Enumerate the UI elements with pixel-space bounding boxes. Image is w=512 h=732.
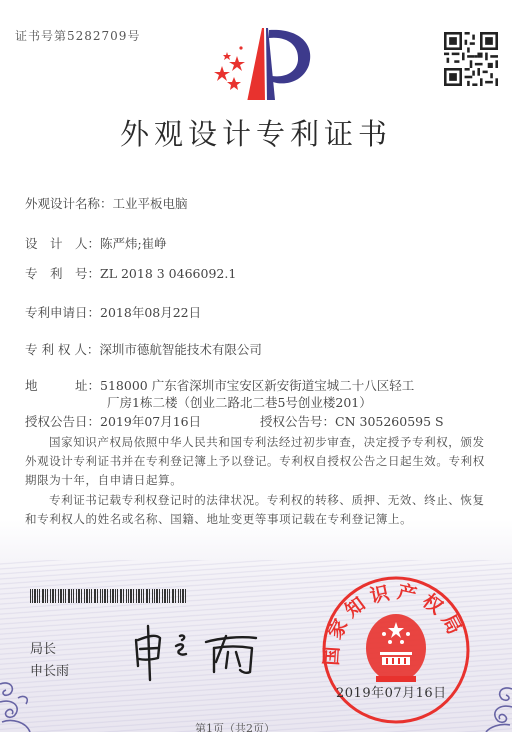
official-seal: 国家知识产权局 xyxy=(318,572,474,728)
grant-date-value: 2019年07月16日 xyxy=(100,412,201,430)
field-address: 地 址：518000 广东省深圳市宝安区新安街道宝城二十八区轻工 xyxy=(25,376,414,394)
field-label: 授权公告日： xyxy=(25,412,100,430)
seal-date: 2019年07月16日 xyxy=(336,682,447,701)
patent-number-value: ZL 2018 3 0466092.1 xyxy=(100,266,236,281)
field-label: 地 址： xyxy=(25,376,100,394)
decorative-flourish-icon xyxy=(484,685,512,732)
signatory-title: 局长 xyxy=(30,638,56,657)
certificate-page: 证书号第5282709号 外观设计专利证书 外观设计名称： xyxy=(0,0,512,732)
decorative-flourish-icon xyxy=(0,678,36,732)
field-patent-number: 专 利 号：ZL 2018 3 0466092.1 xyxy=(25,264,236,282)
field-designer: 设 计 人：陈严炜;崔峥 xyxy=(25,234,167,252)
field-design-name: 外观设计名称：工业平板电脑 xyxy=(25,194,188,212)
field-label: 设 计 人： xyxy=(25,234,100,252)
certificate-number: 证书号第5282709号 xyxy=(15,27,140,44)
field-filing-date: 专利申请日：2018年08月22日 xyxy=(25,303,201,321)
barcode xyxy=(30,589,186,603)
page-indicator: 第1页（共2页） xyxy=(195,720,275,732)
filing-date-value: 2018年08月22日 xyxy=(100,303,201,321)
field-label: 专 利 号： xyxy=(25,264,100,282)
address-line1: 518000 广东省深圳市宝安区新安街道宝城二十八区轻工 xyxy=(100,376,414,394)
patentee-value: 深圳市德航智能技术有限公司 xyxy=(99,340,262,358)
field-patentee: 专 利 权 人：深圳市德航智能技术有限公司 xyxy=(25,340,262,358)
design-name-value: 工业平板电脑 xyxy=(113,194,188,212)
qr-code[interactable] xyxy=(444,32,498,86)
field-label: 外观设计名称： xyxy=(25,194,113,212)
field-label: 专 利 权 人： xyxy=(25,340,99,358)
field-grant-number: 授权公告号：CN 305260595 S xyxy=(260,412,444,430)
handwritten-signature xyxy=(130,622,265,684)
legal-paragraph-2: 专利证书记载专利权登记时的法律状况。专利权的转移、质押、无效、终止、恢复和专利权… xyxy=(25,491,495,529)
designer-value: 陈严炜;崔峥 xyxy=(100,234,167,252)
signatory-name: 申长雨 xyxy=(30,660,69,679)
field-label: 专利申请日： xyxy=(25,303,100,321)
address-line2: 厂房1栋二楼（创业二路北二巷5号创业楼201） xyxy=(107,393,372,411)
legal-paragraph-1: 国家知识产权局依照中华人民共和国专利法经过初步审查，决定授予专利权，颁发外观设计… xyxy=(25,433,495,490)
grant-number-value: CN 305260595 S xyxy=(335,414,444,429)
field-address-line2: 厂房1栋二楼（创业二路北二巷5号创业楼201） xyxy=(107,393,372,411)
field-label: 授权公告号： xyxy=(260,412,335,430)
cnipa-logo-icon xyxy=(205,20,315,100)
field-grant-date: 授权公告日：2019年07月16日 xyxy=(25,412,201,430)
document-title: 外观设计专利证书 xyxy=(0,112,512,153)
